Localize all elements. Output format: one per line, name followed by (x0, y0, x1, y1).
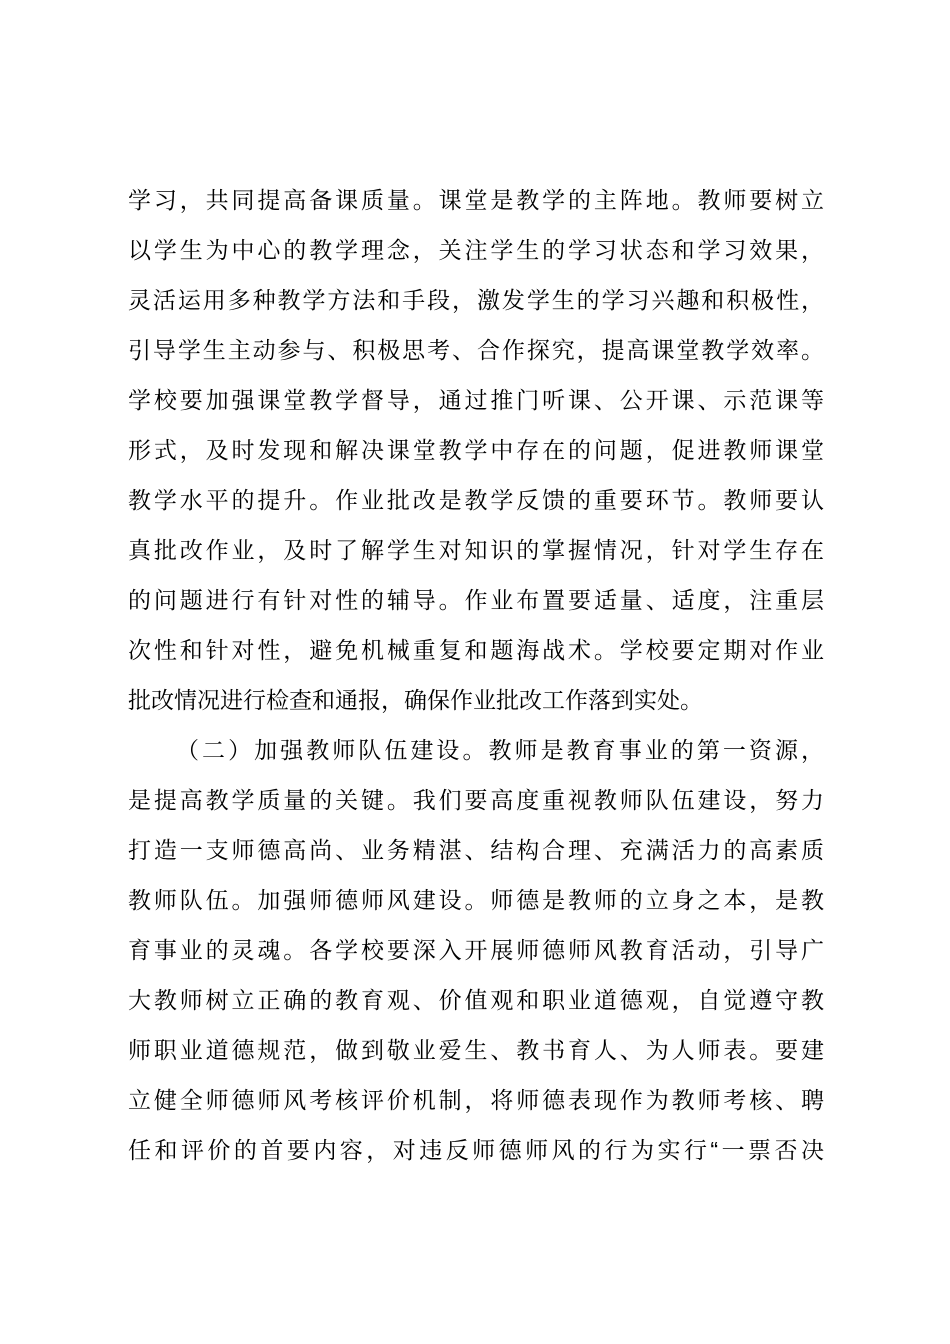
text-line: 任和评价的首要内容，对违反师德师风的行为实行“一票否决 (128, 1125, 824, 1175)
text-line: 学习，共同提高备课质量。课堂是教学的主阵地。教师要树立 (128, 175, 824, 225)
text-line: 教师队伍。加强师德师风建设。师德是教师的立身之本，是教 (128, 875, 824, 925)
text-line: 真批改作业，及时了解学生对知识的掌握情况，针对学生存在 (128, 525, 824, 575)
text-line: 立健全师德师风考核评价机制，将师德表现作为教师考核、聘 (128, 1075, 824, 1125)
text-line: （二）加强教师队伍建设。教师是教育事业的第一资源， (128, 725, 824, 775)
text-line: 育事业的灵魂。各学校要深入开展师德师风教育活动，引导广 (128, 925, 824, 975)
text-line: 是提高教学质量的关键。我们要高度重视教师队伍建设，努力 (128, 775, 824, 825)
document-text-block: 学习，共同提高备课质量。课堂是教学的主阵地。教师要树立 以学生为中心的教学理念，… (128, 175, 824, 1175)
paragraph-teaching-quality: 学习，共同提高备课质量。课堂是教学的主阵地。教师要树立 以学生为中心的教学理念，… (128, 175, 824, 725)
text-line: 灵活运用多种教学方法和手段，激发学生的学习兴趣和积极性， (128, 275, 824, 325)
text-line: 师职业道德规范，做到敬业爱生、教书育人、为人师表。要建 (128, 1025, 824, 1075)
text-line: 教学水平的提升。作业批改是教学反馈的重要环节。教师要认 (128, 475, 824, 525)
text-line: 的问题进行有针对性的辅导。作业布置要适量、适度，注重层 (128, 575, 824, 625)
document-page: 学习，共同提高备课质量。课堂是教学的主阵地。教师要树立 以学生为中心的教学理念，… (0, 0, 950, 1344)
text-line: 形式，及时发现和解决课堂教学中存在的问题，促进教师课堂 (128, 425, 824, 475)
text-line: 以学生为中心的教学理念，关注学生的学习状态和学习效果， (128, 225, 824, 275)
text-line: 学校要加强课堂教学督导，通过推门听课、公开课、示范课等 (128, 375, 824, 425)
paragraph-teacher-team-building: （二）加强教师队伍建设。教师是教育事业的第一资源， 是提高教学质量的关键。我们要… (128, 725, 824, 1175)
text-line: 引导学生主动参与、积极思考、合作探究，提高课堂教学效率。 (128, 325, 824, 375)
text-line: 次性和针对性，避免机械重复和题海战术。学校要定期对作业 (128, 625, 824, 675)
text-line: 批改情况进行检查和通报，确保作业批改工作落到实处。 (128, 675, 824, 725)
text-line: 打造一支师德高尚、业务精湛、结构合理、充满活力的高素质 (128, 825, 824, 875)
text-line: 大教师树立正确的教育观、价值观和职业道德观，自觉遵守教 (128, 975, 824, 1025)
